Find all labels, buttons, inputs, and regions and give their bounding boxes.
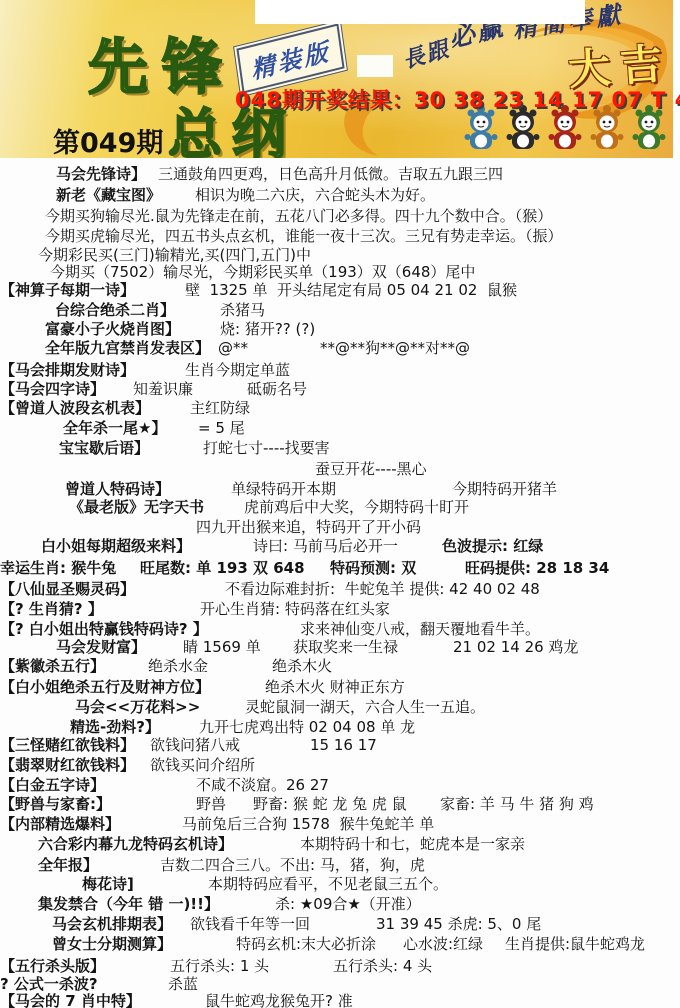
line-content: 烧: 猪开?? (?) — [220, 320, 315, 339]
text-line: 新老《藏宝图》相识为晚二六庆，六合蛇头木为好。 — [0, 186, 680, 206]
text-line: 全年版九宫禁肖发表区】@****@**狗**@**对**@ — [0, 339, 680, 359]
line-label: 马会<<万花料>> — [75, 698, 200, 717]
text-line: 《最老版》无字天书虎前鸡后中大奖，今期特码十盯开 — [0, 498, 680, 518]
text-line: 【紫徽杀五行】绝杀水金绝杀木火 — [0, 657, 680, 677]
text-line: 【曾道人波段玄机表】主红防绿 — [0, 399, 680, 419]
text-line: 【? 生肖猜? 】开心生肖猜: 特码落在红头家 — [0, 600, 680, 620]
text-line: 马会<<万花料>>灵蛇鼠洞一湖天，六合人生一五追。 — [0, 698, 680, 718]
line-content: 家畜: 羊 马 牛 猪 狗 鸡 — [440, 795, 594, 814]
text-line: 全年报】吉数二四合三八。不出: 马，猪，狗，虎 — [0, 856, 680, 876]
line-label: 旺码提供: 28 18 34 — [465, 559, 609, 578]
line-label: 【白小姐绝杀五行及财神方位】 — [0, 678, 210, 697]
text-line: 六合彩内幕九龙特码玄机诗】本期特码十和七，蛇虎本是一家亲 — [0, 835, 680, 855]
text-line: 蚕豆开花----黑心 — [0, 460, 680, 480]
line-content: **@**狗**@**对**@ — [320, 339, 470, 358]
line-content: 杀: ★09合★（开准） — [275, 895, 421, 914]
line-label: 曾道人特码诗】 — [65, 480, 170, 499]
text-line: 梅花诗]本期特码应看平，不见老鼠三五个。 — [0, 875, 680, 895]
line-content: 获取奖来一生禄 — [293, 638, 398, 657]
text-line: 今期买狗输尽光.鼠为先锋走在前，五花八门必多得。四十九个数中合。（猴） — [0, 207, 680, 227]
line-label: 【翡翠财红欲钱料】 — [0, 756, 135, 775]
line-label: 【马会的 7 肖中特】 — [0, 992, 141, 1008]
issue-number: 第049期 — [53, 121, 163, 158]
line-label: 特码预测: 双 — [330, 559, 416, 578]
line-label: 《最老版》无字天书 — [69, 498, 204, 517]
line-label: 【曾道人波段玄机表】 — [0, 399, 150, 418]
line-label: 【马会排期发财诗】 — [0, 361, 135, 380]
text-line: 【三怪赌红欲钱料】欲钱问猪八戒15 16 17 — [0, 736, 680, 756]
text-line: 【翡翠财红欲钱料】欲钱买问介绍所 — [0, 756, 680, 776]
line-content: 开心生肖猜: 特码落在红头家 — [200, 600, 390, 619]
text-line: 曾道人特码诗】单绿特码开本期今期特码开猪羊 — [0, 480, 680, 500]
line-content: 相识为晚二六庆，六合蛇头木为好。 — [195, 186, 435, 205]
line-label: 【马会四字诗】 — [0, 380, 105, 399]
line-content: 绝杀水金 — [148, 657, 208, 676]
text-line: 幸运生肖: 猴牛兔旺尾数: 单 193 双 648特码预测: 双旺码提供: 28… — [0, 559, 680, 579]
line-label: 马会玄机排期表】 — [52, 915, 172, 934]
line-content: 欲钱看千年等一回 — [190, 915, 310, 934]
line-label: 马会发财富】 — [56, 638, 146, 657]
line-label: 旺尾数: 单 193 双 648 — [140, 559, 305, 578]
line-content: 特码玄机:末大必折涂 — [236, 935, 376, 954]
line-label: 【五行杀头版】 — [0, 957, 105, 976]
line-content: 主红防绿 — [190, 399, 250, 418]
text-line: 【马会的 7 肖中特】鼠牛蛇鸡龙猴兔开? 准 — [0, 992, 680, 1008]
line-content: = 5 尾 — [198, 419, 245, 438]
text-line: 【马会四字诗】知羞识廉砥砺名号 — [0, 380, 680, 400]
line-label: 【野兽与家畜:】 — [0, 795, 111, 814]
line-content: 马前兔后三合狗 1578 猴牛兔蛇羊 单 — [182, 815, 434, 834]
line-content: 诗曰: 马前马后必开一 — [253, 537, 398, 556]
text-line: 全年杀一尾★】= 5 尾 — [0, 419, 680, 439]
line-content: 生肖今期定单蓝 — [185, 361, 290, 380]
line-label: 全年杀一尾★】 — [63, 419, 166, 438]
line-label: 幸运生肖: 猴牛兔 — [0, 559, 116, 578]
text-line: 【八仙显圣赐灵码】不看边际难封折: 牛蛇兔羊 提供: 42 40 02 48 — [0, 580, 680, 600]
text-line: 【野兽与家畜:】野兽野畜: 猴 蛇 龙 兔 虎 鼠家畜: 羊 马 牛 猪 狗 鸡 — [0, 795, 680, 815]
text-line: 【马会排期发财诗】生肖今期定单蓝 — [0, 361, 680, 381]
line-content: 打蛇七寸----找要害 — [203, 439, 330, 458]
line-content: 砥砺名号 — [247, 380, 307, 399]
line-label: 白小姐每期超级来料】 — [41, 537, 191, 556]
text-line: 【白金五字诗】不咸不淡窟。26 27 — [0, 776, 680, 796]
line-content: 灵蛇鼠洞一湖天，六合人生一五追。 — [245, 698, 485, 717]
line-content: 31 39 45 杀虎: 5、0 尾 — [376, 915, 541, 934]
line-content: 求来神仙变八戒，翻天覆地看牛羊。 — [300, 620, 540, 639]
line-label: 六合彩内幕九龙特码玄机诗】 — [38, 835, 233, 854]
line-label: 精选-劲料?】 — [70, 718, 160, 737]
line-label: 全年版九宫禁肖发表区】 — [45, 339, 210, 358]
text-line: 四九开出猴来追，特码开了开小码 — [0, 518, 680, 538]
line-content: 心水波:红绿 — [403, 935, 483, 954]
line-content: 21 02 14 26 鸡龙 — [453, 638, 578, 657]
text-line: 今期买（7502）输尽光，今期彩民买单（193）双（648）尾中 — [0, 263, 680, 283]
line-label: 【? 生肖猜? 】 — [0, 600, 103, 619]
line-content: 本期特码十和七，蛇虎本是一家亲 — [300, 835, 525, 854]
line-content: 壁 1325 单 开头结尾定有局 05 04 21 02 鼠猴 — [185, 281, 517, 300]
text-line: 白小姐每期超级来料】诗曰: 马前马后必开一色波提示: 红绿 — [0, 537, 680, 557]
text-line: 【白小姐绝杀五行及财神方位】绝杀木火 财神正东方 — [0, 678, 680, 698]
line-content: 欲钱买问介绍所 — [150, 756, 255, 775]
line-label: 色波提示: 红绿 — [442, 537, 543, 556]
line-label: 曾女士分期测算】 — [52, 935, 172, 954]
line-content: 今期特码开猪羊 — [452, 480, 557, 499]
tipsheet-page: 先锋 总纲 第049期 精装版 必赢 精簡奉獻 長跟 大吉 048期开奖结果：3… — [0, 0, 680, 1008]
line-content: @** — [218, 339, 248, 358]
line-content: 单绿特码开本期 — [231, 480, 336, 499]
line-label: 富豪小子火烧肖图】 — [45, 320, 180, 339]
line-content: 生肖提供:鼠牛蛇鸡龙 — [505, 935, 645, 954]
line-content: 睛 1569 单 — [183, 638, 261, 657]
line-content: 本期特码应看平，不见老鼠三五个。 — [208, 875, 448, 894]
line-label: 宝宝歇后语】 — [59, 439, 149, 458]
text-line: 台综合绝杀二肖】杀猪马 — [0, 301, 680, 321]
line-content: 不咸不淡窟。26 27 — [196, 776, 329, 795]
right-white-strip — [673, 0, 680, 158]
text-line: 马会发财富】睛 1569 单获取奖来一生禄21 02 14 26 鸡龙 — [0, 638, 680, 658]
text-line: 精选-劲料?】九开七虎鸡出特 02 04 08 单 龙 — [0, 718, 680, 738]
line-content: 三通鼓角四更鸡，日色高升月低微。吉取五九跟三四 — [158, 165, 503, 184]
line-label: 【内部精选爆料】 — [0, 815, 120, 834]
line-content: 蚕豆开花----黑心 — [315, 460, 427, 479]
line-content: 四九开出猴来追，特码开了开小码 — [196, 518, 421, 537]
text-line: 马会玄机排期表】欲钱看千年等一回31 39 45 杀虎: 5、0 尾 — [0, 915, 680, 935]
line-label: 集发禁合（今年 错 一)!!】 — [38, 895, 219, 914]
line-content: 五行杀头: 4 头 — [333, 957, 432, 976]
line-content: 今期买虎输尽光，四五书头点玄机，谁能一夜十三次。三兄有势走幸运。（振） — [45, 227, 563, 246]
line-label: 【三怪赌红欲钱料】 — [0, 736, 135, 755]
text-line: 宝宝歇后语】打蛇七寸----找要害 — [0, 439, 680, 459]
white-patch — [357, 55, 393, 77]
text-line: 集发禁合（今年 错 一)!!】杀: ★09合★（开准） — [0, 895, 680, 915]
line-content: 绝杀木火 — [272, 657, 332, 676]
line-content: 不看边际难封折: 牛蛇兔羊 提供: 42 40 02 48 — [225, 580, 540, 599]
line-content: 杀猪马 — [220, 301, 265, 320]
top-white-strip — [255, 0, 585, 24]
line-content: 野兽 — [196, 795, 226, 814]
line-content: 今期买（7502）输尽光，今期彩民买单（193）双（648）尾中 — [50, 263, 475, 282]
line-content: 知羞识廉 — [133, 380, 193, 399]
text-line: 富豪小子火烧肖图】烧: 猪开?? (?) — [0, 320, 680, 340]
line-label: 【八仙显圣赐灵码】 — [0, 580, 135, 599]
line-label: 梅花诗] — [82, 875, 134, 894]
line-label: 马会先锋诗】 — [56, 165, 146, 184]
line-content: 欲钱问猪八戒 — [150, 736, 240, 755]
line-label: 【神算子每期一诗】 — [0, 281, 135, 300]
previous-draw-result: 048期开奖结果：30 38 23 14 17 07 T 44 — [235, 84, 680, 114]
text-line: 【神算子每期一诗】壁 1325 单 开头结尾定有局 05 04 21 02 鼠猴 — [0, 281, 680, 301]
line-content: 五行杀头: 1 头 — [170, 957, 269, 976]
line-label: 全年报】 — [38, 856, 98, 875]
line-content: 野畜: 猴 蛇 龙 兔 虎 鼠 — [253, 795, 407, 814]
line-label: 【白金五字诗】 — [0, 776, 105, 795]
text-line: 【内部精选爆料】马前兔后三合狗 1578 猴牛兔蛇羊 单 — [0, 815, 680, 835]
line-label: 台综合绝杀二肖】 — [55, 301, 175, 320]
line-content: 绝杀木火 财神正东方 — [265, 678, 405, 697]
line-label: 【? 白小姐出特赢钱特码诗? 】 — [0, 620, 208, 639]
text-line: 【? 白小姐出特赢钱特码诗? 】求来神仙变八戒，翻天覆地看牛羊。 — [0, 620, 680, 640]
line-content: 吉数二四合三八。不出: 马，猪，狗，虎 — [160, 856, 425, 875]
text-line: 曾女士分期测算】特码玄机:末大必折涂心水波:红绿生肖提供:鼠牛蛇鸡龙 — [0, 935, 680, 955]
line-content: 虎前鸡后中大奖，今期特码十盯开 — [244, 498, 469, 517]
text-line: 马会先锋诗】三通鼓角四更鸡，日色高升月低微。吉取五九跟三四 — [0, 165, 680, 185]
text-line: 今期买虎输尽光，四五书头点玄机，谁能一夜十三次。三兄有势走幸运。（振） — [0, 227, 680, 247]
line-content: 鼠牛蛇鸡龙猴兔开? 准 — [205, 992, 353, 1008]
line-content: 15 16 17 — [310, 736, 377, 755]
line-label: 【紫徽杀五行】 — [0, 657, 105, 676]
line-content: 九开七虎鸡出特 02 04 08 单 龙 — [199, 718, 415, 737]
line-label: 新老《藏宝图》 — [56, 186, 161, 205]
text-line: 【五行杀头版】五行杀头: 1 头五行杀头: 4 头 — [0, 957, 680, 977]
line-content: 今期买狗输尽光.鼠为先锋走在前，五花八门必多得。四十九个数中合。（猴） — [45, 207, 552, 226]
